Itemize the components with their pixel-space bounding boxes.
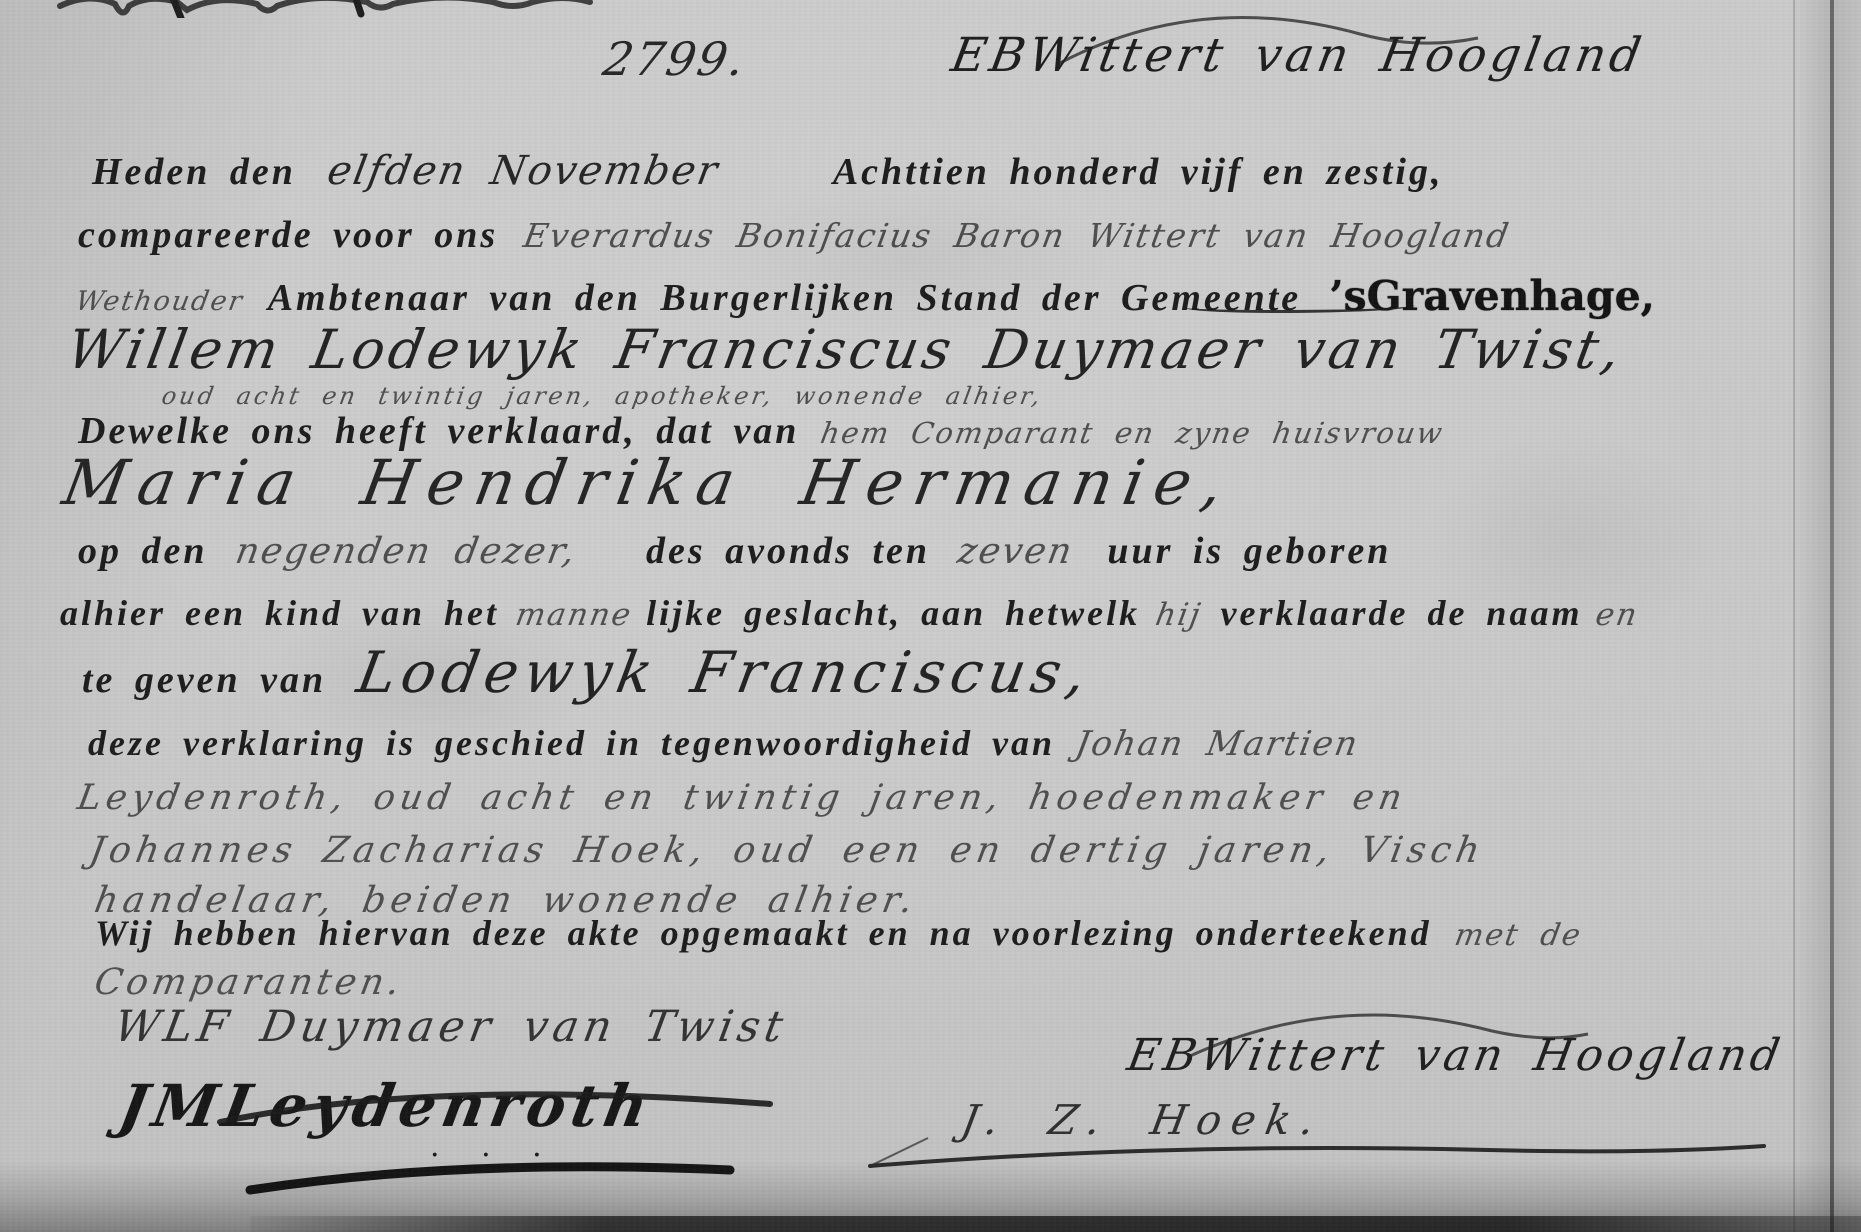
printed-uur-geboren: uur is geboren <box>1107 529 1391 573</box>
signature-registrar-top-text: EBWittert van Hoogland <box>947 28 1649 83</box>
line-witnesses-intro: deze verklaring is geschied in tegenwoor… <box>88 722 1359 764</box>
entry-met-de: met de <box>1452 918 1585 953</box>
signature-witness2-text: J. Z. Hoek. <box>958 1096 1328 1144</box>
printed-compareerde: compareerde voor ons <box>78 213 498 257</box>
line-child-gender: alhier een kind van het manne lijke gesl… <box>60 592 1638 634</box>
page-fold-line <box>1793 0 1795 1232</box>
printed-geslacht: lijke geslacht, aan hetwelk <box>646 592 1140 634</box>
line-office: Wethouder Ambtenaar van den Burgerlijken… <box>76 272 1655 320</box>
entry-day-month: elfden November <box>324 148 723 194</box>
line-closing-cont: Comparanten. <box>95 962 403 1003</box>
entry-office: Wethouder <box>73 286 246 317</box>
printed-municipality: ’sGravenhage, <box>1329 272 1655 320</box>
entry-witness1-name: Johan Martien <box>1073 724 1363 764</box>
act-number: 2799. <box>604 32 746 86</box>
entry-comparant-huisvrouw: hem Comparant en zyne huisvrouw <box>818 416 1447 450</box>
entry-gender-infix: manne <box>513 597 636 633</box>
book-edge-line <box>1830 0 1834 1232</box>
entry-plural-suffix: en <box>1593 597 1642 633</box>
entry-witness1-details: Leydenroth, oud acht en twintig jaren, h… <box>74 778 1409 818</box>
signature-witness1-dots: · · · <box>430 1138 558 1173</box>
entry-declarant-details: oud acht en twintig jaren, apotheker, wo… <box>160 382 1046 410</box>
line-witness1-details: Leydenroth, oud acht en twintig jaren, h… <box>78 778 1406 818</box>
signature-witness1: JMLeydenroth <box>120 1072 653 1140</box>
line-declarant-name: Willem Lodewyk Franciscus Duymaer van Tw… <box>68 318 1623 381</box>
signature-witness2: J. Z. Hoek. <box>962 1096 1324 1144</box>
signature-declarant: WLF Duymaer van Twist <box>115 1002 787 1052</box>
printed-year-words: Achttien honderd vijf en zestig, <box>833 150 1444 194</box>
entry-child-name: Lodewyk Franciscus, <box>352 640 1097 706</box>
line-birth-time: op den negenden dezer, des avonds ten ze… <box>78 528 1391 573</box>
previous-line-cutoff-strokes <box>55 0 595 18</box>
entry-birth-day: negenden dezer, <box>232 531 580 572</box>
scan-bottom-dark-strip <box>250 1216 1861 1232</box>
printed-des-avonds: des avonds ten <box>646 529 930 573</box>
act-number-value: 2799. <box>599 32 750 86</box>
page-edge-right <box>1793 0 1861 1232</box>
line-witness2-details: Johannes Zacharias Hoek, oud een en dert… <box>90 830 1484 871</box>
signature-declarant-text: WLF Duymaer van Twist <box>111 1002 792 1052</box>
printed-te-geven-van: te geven van <box>82 658 326 702</box>
printed-ambtenaar: Ambtenaar van den Burgerlijken Stand der… <box>268 276 1301 320</box>
entry-registrar-name: Everardus Bonifacius Baron Wittert van H… <box>521 216 1514 255</box>
line-mother-name: Maria Hendrika Hermanie, <box>64 446 1233 519</box>
entry-witness2-details: Johannes Zacharias Hoek, oud een en dert… <box>86 830 1488 871</box>
printed-verklaarde-naam: verklaarde de naam <box>1221 592 1583 634</box>
printed-alhier-kind: alhier een kind van het <box>60 592 499 634</box>
entry-mother-name: Maria Hendrika Hermanie, <box>58 446 1240 519</box>
dots-text: · · · <box>430 1138 558 1173</box>
signature-registrar-top: EBWittert van Hoogland <box>952 28 1644 83</box>
signature-registrar-bottom: EBWittert van Hoogland <box>1128 1030 1783 1081</box>
printed-wij-hebben: Wij hebben hiervan deze akte opgemaakt e… <box>95 912 1432 954</box>
entry-declarant-name: Willem Lodewyk Franciscus Duymaer van Tw… <box>62 318 1628 381</box>
printed-op-den: op den <box>78 529 208 573</box>
printed-tegenwoordigheid: deze verklaring is geschied in tegenwoor… <box>88 722 1055 764</box>
line-registrar: compareerde voor ons Everardus Bonifaciu… <box>78 212 1510 257</box>
entry-hour: zeven <box>954 531 1076 572</box>
signature-witness1-text: JMLeydenroth <box>114 1072 659 1140</box>
scan-bottom-shadow <box>0 1160 1861 1232</box>
birth-record-scan: 2799. EBWittert van Hoogland Heden den e… <box>0 0 1861 1232</box>
entry-pronoun: hij <box>1152 597 1204 633</box>
line-date: Heden den elfden November Achttien honde… <box>92 148 1443 194</box>
line-child-name: te geven van Lodewyk Franciscus, <box>82 640 1091 706</box>
line-closing: Wij hebben hiervan deze akte opgemaakt e… <box>95 912 1582 954</box>
signature-registrar-bottom-text: EBWittert van Hoogland <box>1124 1030 1788 1081</box>
line-declarant-details: oud acht en twintig jaren, apotheker, wo… <box>162 382 1043 410</box>
entry-comparanten: Comparanten. <box>91 962 406 1003</box>
printed-heden-den: Heden den <box>92 150 296 194</box>
